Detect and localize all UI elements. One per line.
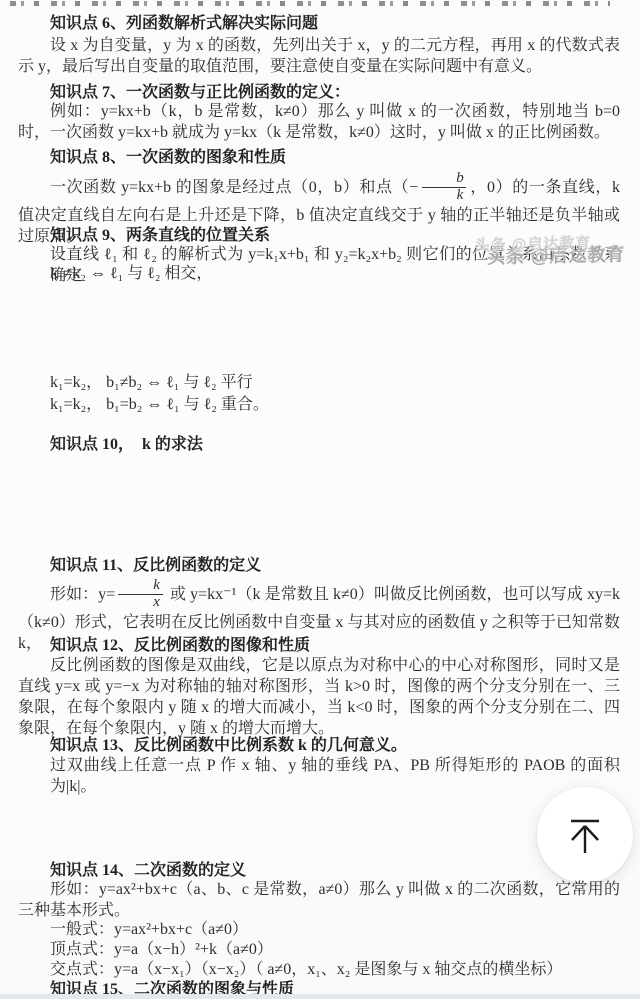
paragraph-kp9-coincide: k₁=k₂， b₁=b₂ ⇔ ℓ₁ 与 ℓ₂ 重合。 bbox=[18, 394, 620, 415]
kp14-vertex-text: 顶点式：y=a（x−h）²+k（a≠0） bbox=[50, 941, 273, 958]
heading-kp11-text: 知识点 11、反比例函数的定义 bbox=[50, 557, 261, 574]
fraction-b-over-k: bk bbox=[421, 171, 467, 204]
fraction-numerator: b bbox=[421, 171, 467, 187]
bottom-edge-bar bbox=[0, 994, 640, 999]
heading-kp9-text: 知识点 9、两条直线的位置关系 bbox=[50, 227, 270, 244]
heading-kp8-text: 知识点 8、一次函数的图象和性质 bbox=[50, 149, 286, 166]
kp9-line2-text: k₁≠k₂ ⇔ ℓ₁ 与 ℓ₂ 相交， bbox=[50, 265, 212, 282]
heading-kp12-text: 知识点 12、反比例函数的图像和性质 bbox=[50, 637, 310, 654]
heading-kp10-text: 知识点 10， k 的求法 bbox=[50, 436, 203, 453]
kp14-general-text: 一般式：y=ax²+bx+c（a≠0） bbox=[50, 921, 248, 938]
paragraph-kp13: 过双曲线上任意一点 P 作 x 轴、y 轴的垂线 PA、PB 所得矩形的 PAO… bbox=[18, 755, 620, 797]
up-arrow-to-top-icon bbox=[559, 809, 611, 861]
paragraph-kp14-intersect: 交点式：y=a（x−x₁）（x−x₂）（ a≠0，x₁、x₂ 是图象与 x 轴交… bbox=[18, 959, 620, 980]
heading-kp6: 知识点 6、列函数解析式解决实际问题 bbox=[18, 13, 620, 34]
heading-kp13: 知识点 13、反比例函数中比例系数 k 的几何意义。 bbox=[18, 735, 620, 756]
paragraph-kp14-vertex: 顶点式：y=a（x−h）²+k（a≠0） bbox=[18, 939, 620, 960]
watermark-ghost-text: 头条 @启达教育 bbox=[475, 233, 592, 256]
paragraph-kp14-general: 一般式：y=ax²+bx+c（a≠0） bbox=[18, 919, 620, 940]
kp11-text-before-fraction: 形如：y= bbox=[50, 586, 115, 603]
paragraph-kp12-text: 反比例函数的图像是双曲线，它是以原点为对称中心的中心对称图形，同时又是直线 y=… bbox=[18, 657, 620, 737]
cropped-text-line bbox=[10, 1, 610, 6]
heading-kp13-text: 知识点 13、反比例函数中比例系数 k 的几何意义。 bbox=[50, 737, 407, 754]
paragraph-kp7-text: 例如：y=kx+b（k，b 是常数，k≠0）那么 y 叫做 x 的一次函数，特别… bbox=[18, 103, 620, 141]
paragraph-kp9-parallel: k₁=k₂， b₁≠b₂ ⇔ ℓ₁ 与 ℓ₂ 平行 bbox=[18, 372, 620, 393]
fraction-denominator: x bbox=[118, 594, 163, 611]
watermark: 头条 @启达教育 头条 @启达教育 bbox=[487, 245, 626, 269]
heading-kp10: 知识点 10， k 的求法 bbox=[18, 434, 620, 455]
heading-kp12: 知识点 12、反比例函数的图像和性质 bbox=[18, 635, 620, 656]
heading-kp14-text: 知识点 14、二次函数的定义 bbox=[50, 862, 246, 879]
paragraph-kp13-text: 过双曲线上任意一点 P 作 x 轴、y 轴的垂线 PA、PB 所得矩形的 PAO… bbox=[50, 757, 620, 795]
paragraph-kp6-text: 设 x 为自变量，y 为 x 的函数，先列出关于 x，y 的二元方程，再用 x … bbox=[18, 37, 620, 75]
heading-kp7: 知识点 7、一次函数与正比例函数的定义： bbox=[18, 82, 620, 103]
kp14-intersect-text: 交点式：y=a（x−x₁）（x−x₂）（ a≠0，x₁、x₂ 是图象与 x 轴交… bbox=[50, 961, 562, 978]
paragraph-kp7: 例如：y=kx+b（k，b 是常数，k≠0）那么 y 叫做 x 的一次函数，特别… bbox=[18, 101, 620, 143]
heading-kp11: 知识点 11、反比例函数的定义 bbox=[18, 555, 620, 576]
paragraph-kp6: 设 x 为自变量，y 为 x 的函数，先列出关于 x，y 的二元方程，再用 x … bbox=[18, 35, 620, 77]
fraction-denominator: k bbox=[422, 187, 467, 204]
kp9-parallel-text: k₁=k₂， b₁≠b₂ ⇔ ℓ₁ 与 ℓ₂ 平行 bbox=[50, 374, 253, 391]
paragraph-kp14-text: 形如：y=ax²+bx+c（a、b、c 是常数，a≠0）那么 y 叫做 x 的二… bbox=[18, 881, 620, 919]
fraction-k-over-x: kx bbox=[118, 578, 163, 611]
paragraph-kp12: 反比例函数的图像是双曲线，它是以原点为对称中心的中心对称图形，同时又是直线 y=… bbox=[18, 655, 620, 739]
heading-kp6-text: 知识点 6、列函数解析式解决实际问题 bbox=[50, 15, 318, 32]
document-page: 知识点 6、列函数解析式解决实际问题 设 x 为自变量，y 为 x 的函数，先列… bbox=[0, 0, 640, 999]
fraction-numerator: k bbox=[118, 578, 163, 594]
heading-kp7-text: 知识点 7、一次函数与正比例函数的定义： bbox=[50, 84, 350, 101]
kp9-coincide-text: k₁=k₂， b₁=b₂ ⇔ ℓ₁ 与 ℓ₂ 重合。 bbox=[50, 396, 269, 413]
kp8-text-before-fraction: 一次函数 y=kx+b 的图象是经过点（0，b）和点（− bbox=[50, 179, 418, 196]
paragraph-kp14: 形如：y=ax²+bx+c（a、b、c 是常数，a≠0）那么 y 叫做 x 的二… bbox=[18, 879, 620, 921]
heading-kp14: 知识点 14、二次函数的定义 bbox=[18, 860, 620, 881]
heading-kp8: 知识点 8、一次函数的图象和性质 bbox=[18, 147, 620, 168]
